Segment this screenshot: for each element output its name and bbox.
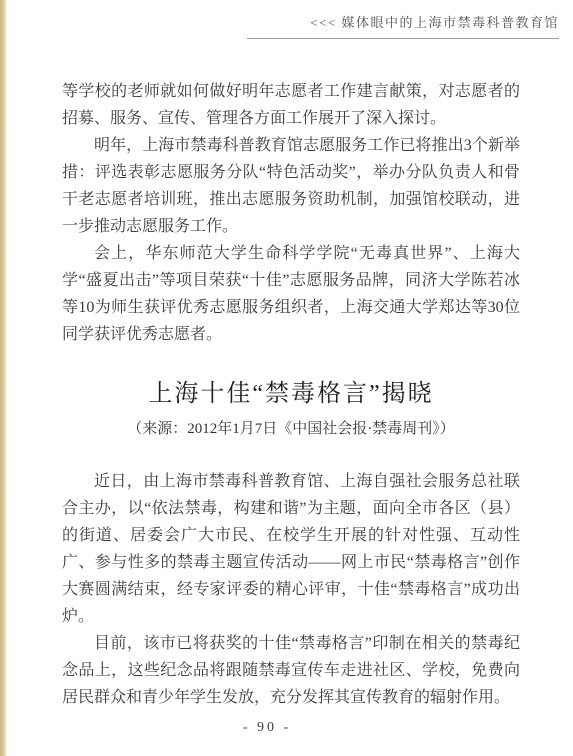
running-header-text: <<< 媒体眼中的上海市禁毒科普教育馆 (310, 15, 559, 30)
book-page: <<< 媒体眼中的上海市禁毒科普教育馆 等学校的老师就如何做好明年志愿者工作建言… (0, 0, 573, 756)
page-edge-strip (0, 0, 6, 756)
paragraph: 近日，由上海市禁毒科普教育馆、上海自强社会服务总社联合主办，以“依法禁毒，构建和… (62, 468, 520, 630)
paragraph: 等学校的老师就如何做好明年志愿者工作建言献策，对志愿者的招募、服务、宣传、管理各… (62, 78, 520, 132)
paragraph: 明年，上海市禁毒科普教育馆志愿服务工作已将推出3个新举措：评选表彰志愿服务分队“… (62, 132, 520, 240)
paragraph: 目前，该市已将获奖的十佳“禁毒格言”印制在相关的禁毒纪念品上，这些纪念品将跟随禁… (62, 630, 520, 711)
running-header: <<< 媒体眼中的上海市禁毒科普教育馆 (247, 12, 559, 39)
article-title: 上海十佳“禁毒格言”揭晓 (62, 378, 520, 410)
paragraph: 会上，华东师范大学生命科学学院“无毒真世界”、上海大学“盛夏出击”等项目荣获“十… (62, 240, 520, 348)
page-body: 等学校的老师就如何做好明年志愿者工作建言献策，对志愿者的招募、服务、宣传、管理各… (62, 78, 520, 711)
article-source-line: （来源：2012年1月7日《中国社会报·禁毒周刊》） (62, 418, 520, 440)
page-number: - 90 - (38, 720, 496, 736)
